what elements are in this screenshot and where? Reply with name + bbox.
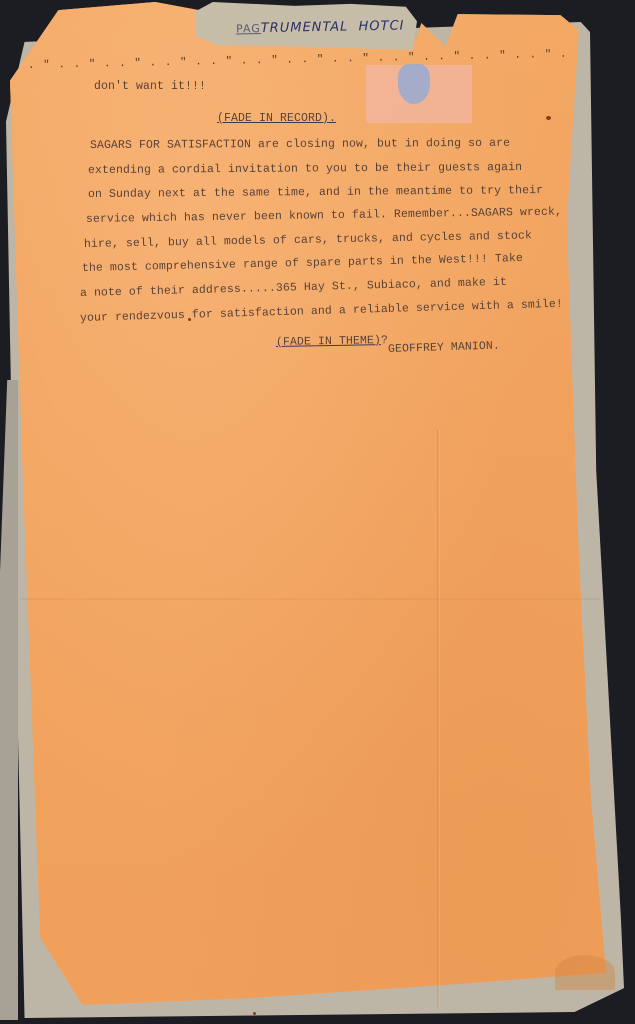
cue-fade-in-theme-text: (FADE IN THEME) — [276, 334, 381, 349]
handwritten-header: PAGTRUMENTAL HOTCI — [236, 19, 405, 37]
text-line: don't want it!!! — [94, 80, 206, 93]
page-crease — [20, 598, 600, 600]
water-stain — [555, 955, 615, 990]
header-prefix: PAG — [236, 22, 261, 35]
cue-fade-in-theme: (FADE IN THEME)? — [276, 334, 388, 349]
page-tear-line — [437, 430, 440, 1008]
backing-sheet-edge — [0, 380, 18, 1020]
stain-dot — [546, 116, 551, 120]
header-text: TRUMENTAL HOTCI — [261, 19, 405, 37]
ink-smudge — [398, 64, 430, 104]
stain-dot — [253, 1012, 256, 1015]
cue-fade-in-record: (FADE IN RECORD). — [217, 112, 336, 125]
text-line: SAGARS FOR SATISFACTION are closing now,… — [90, 137, 510, 152]
